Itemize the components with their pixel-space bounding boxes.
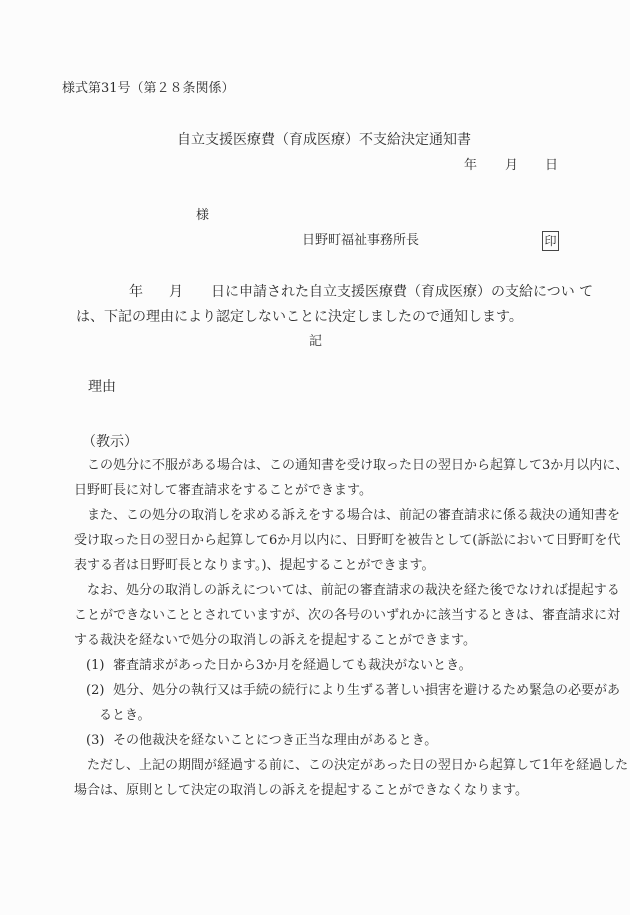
- document-title: 自立支援医療費（育成医療）不支給決定通知書: [177, 131, 471, 149]
- intro-year: 年: [129, 283, 143, 301]
- notice-line: なお、処分の取消しの訴えについては、前記の審査請求の裁決を経た後でなければ提起す…: [87, 583, 620, 599]
- date-year: 年: [464, 158, 477, 174]
- item-number: (1): [86, 658, 104, 674]
- item-number: (2): [86, 683, 104, 699]
- date-day: 日: [545, 158, 558, 174]
- recipient-suffix: 様: [196, 208, 209, 224]
- notice-line: ことができないこととされていますが、次の各号のいずれかに該当するときは、審査請求…: [74, 608, 620, 624]
- intro-line-2: は、下記の理由により認定しないことに決定しましたので通知します。: [76, 308, 523, 326]
- notice-line: 表する者は日野町長となります。)、提起することができます。: [74, 558, 435, 574]
- notice-line: 日野町長に対して審査請求をすることができます。: [74, 483, 372, 499]
- notice-line: 受け取った日の翌日から起算して6か月以内に、日野町を被告として(訴訟において日野…: [74, 533, 620, 549]
- item-text: その他裁決を経ないことにつき正当な理由があるとき。: [113, 733, 437, 749]
- item-text: 審査請求があった日から3か月を経過しても裁決がないとき。: [113, 658, 472, 674]
- issuer: 日野町福祉事務所長: [302, 233, 419, 249]
- form-number: 様式第31号（第２８条関係）: [62, 81, 235, 97]
- date-month: 月: [505, 158, 518, 174]
- notice-line: する裁決を経ないで処分の取消しの訴えを提起することができます。: [74, 633, 476, 649]
- closing-line: 場合は、原則として決定の取消しの訴えを提起することができなくなります。: [74, 783, 528, 799]
- item-text: 処分、処分の執行又は手続の続行により生ずる著しい損害を避けるため緊急の必要があ: [113, 683, 620, 699]
- notice-heading: （教示）: [82, 433, 138, 451]
- item-number: (3): [86, 733, 104, 749]
- closing-line: ただし、上記の期間が経過する前に、この決定があった日の翌日から起算して1年を経過…: [87, 758, 628, 774]
- reason-label: 理由: [88, 378, 116, 396]
- intro-month: 月: [169, 283, 183, 301]
- seal-box: 印: [542, 231, 559, 251]
- notice-line: また、この処分の取消しを求める訴えをする場合は、前記の審査請求に係る裁決の通知書…: [87, 508, 620, 524]
- intro-line-1: 日に申請された自立支援医療費（育成医療）の支給につい て: [211, 283, 593, 301]
- item-text-continued: るとき。: [99, 708, 150, 724]
- notice-line: この処分に不服がある場合は、この通知書を受け取った日の翌日から起算して3か月以内…: [87, 458, 628, 474]
- ki-label: 記: [309, 334, 322, 350]
